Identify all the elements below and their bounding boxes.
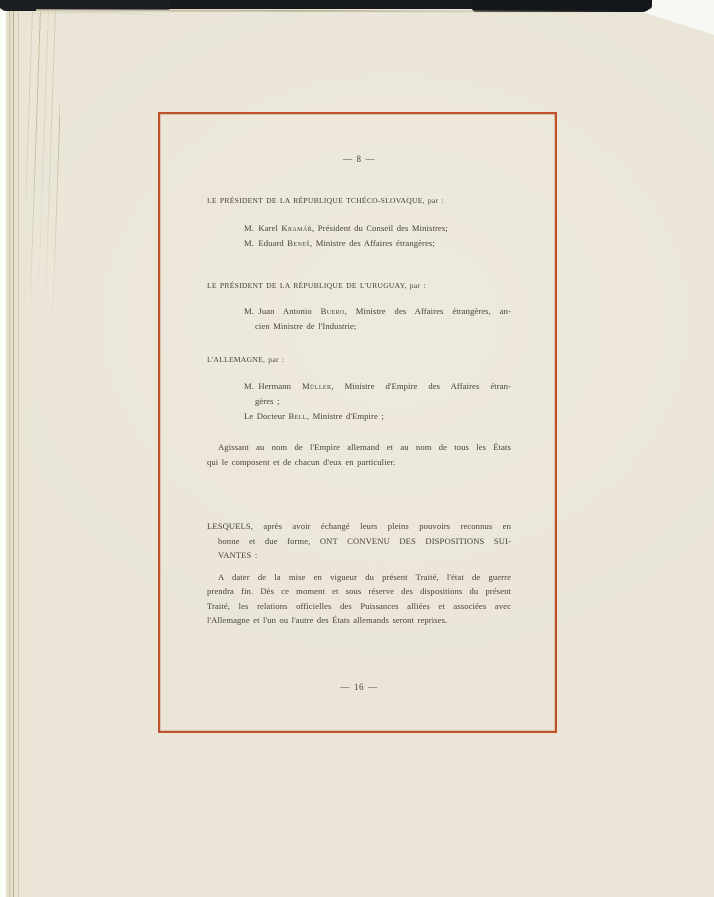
- text-segment: M. Eduard: [244, 238, 287, 248]
- surname-smallcaps: Kramář: [281, 223, 312, 233]
- heading-czechoslovakia: LE PRÉSIDENT DE LA RÉPUBLIQUE TCHÉCO-SLO…: [207, 194, 511, 207]
- paragraph-agissant-line: Agissant au nom de l'Empire allemand et …: [207, 440, 511, 455]
- text-segment: qui le composent et de chacun d'eux en p…: [207, 457, 395, 467]
- page-number-top-line: — 8 —: [207, 152, 511, 166]
- heading-uruguay-line: LE PRÉSIDENT DE LA RÉPUBLIQUE DE L'URUGU…: [207, 279, 511, 292]
- paragraph-lesquels: LESQUELS, après avoir échangé leurs plei…: [207, 519, 511, 563]
- text-segment: LE PRÉSIDENT DE LA RÉPUBLIQUE TCHÉCO-SLO…: [207, 196, 444, 205]
- surname-smallcaps: Müller: [302, 381, 331, 391]
- text-segment: M. Juan Antonio: [244, 306, 321, 316]
- text-segment: LESQUELS, après avoir échangé leurs plei…: [207, 521, 511, 531]
- text-segment: LE PRÉSIDENT DE LA RÉPUBLIQUE DE L'URUGU…: [207, 281, 426, 290]
- paragraph-lesquels-line: VANTES :: [207, 548, 511, 563]
- signatories-germany-line: Le Docteur Bell, Ministre d'Empire ;: [244, 409, 511, 424]
- text-segment: , Ministre d'Empire des Affaires étran-: [331, 381, 511, 391]
- heading-germany-line: L'ALLEMAGNE, par :: [207, 353, 511, 366]
- paragraph-adater-line: Traité, les relations officielles des Pu…: [207, 599, 511, 614]
- paragraph-agissant: Agissant au nom de l'Empire allemand et …: [207, 440, 511, 469]
- signatories-uruguay: M. Juan Antonio Buero, Ministre des Affa…: [207, 304, 511, 334]
- text-segment: M. Hermann: [244, 381, 302, 391]
- text-segment: , Ministre des Affaires étrangères, an-: [345, 306, 511, 316]
- text-segment: M. Karel: [244, 223, 281, 233]
- text-segment: , Ministre des Affaires étrangères;: [310, 238, 435, 248]
- text-segment: Le Docteur: [244, 411, 289, 421]
- text-segment: Agissant au nom de l'Empire allemand et …: [218, 442, 511, 452]
- signatories-czechoslovakia: M. Karel Kramář, Président du Conseil de…: [207, 221, 511, 251]
- heading-uruguay: LE PRÉSIDENT DE LA RÉPUBLIQUE DE L'URUGU…: [207, 279, 511, 292]
- page-number-top: — 8 —: [207, 152, 511, 166]
- surname-smallcaps: Buero: [321, 306, 345, 316]
- page-edges-left: [6, 9, 27, 897]
- page-edges-fan: [26, 9, 60, 339]
- paragraph-adater-line: l'Allemagne et l'un ou l'autre des États…: [207, 613, 511, 628]
- heading-germany: L'ALLEMAGNE, par :: [207, 353, 511, 366]
- paragraph-adater: A dater de la mise en vigueur du présent…: [207, 570, 511, 628]
- page-number-bottom-line: — 16 —: [207, 680, 511, 694]
- heading-czechoslovakia-line: LE PRÉSIDENT DE LA RÉPUBLIQUE TCHÉCO-SLO…: [207, 194, 511, 207]
- page-curl-edge: [10, 12, 160, 22]
- page-content: — 8 —LE PRÉSIDENT DE LA RÉPUBLIQUE TCHÉC…: [160, 114, 555, 731]
- scan-dark-edge: [0, 0, 652, 9]
- signatories-uruguay-line: cien Ministre de l'Industrie;: [244, 319, 511, 334]
- text-segment: — 16 —: [341, 682, 378, 692]
- paragraph-adater-line: prendra fin. Dès ce moment et sous réser…: [207, 584, 511, 599]
- text-segment: VANTES :: [218, 550, 257, 560]
- text-segment: Traité, les relations officielles des Pu…: [207, 601, 511, 611]
- paragraph-adater-line: A dater de la mise en vigueur du présent…: [207, 570, 511, 585]
- text-segment: A dater de la mise en vigueur du présent…: [218, 572, 511, 582]
- signatories-germany-line: M. Hermann Müller, Ministre d'Empire des…: [244, 379, 511, 394]
- text-segment: prendra fin. Dès ce moment et sous réser…: [207, 586, 511, 596]
- text-segment: bonne et due forme, ONT CONVENU DES DISP…: [218, 536, 511, 546]
- text-segment: — 8 —: [343, 154, 375, 164]
- page-number-bottom: — 16 —: [207, 680, 511, 694]
- text-segment: , Ministre d'Empire ;: [307, 411, 384, 421]
- paragraph-agissant-line: qui le composent et de chacun d'eux en p…: [207, 455, 511, 470]
- text-segment: L'ALLEMAGNE, par :: [207, 355, 284, 364]
- signatories-czechoslovakia-line: M. Eduard Beneš, Ministre des Affaires é…: [244, 236, 511, 251]
- ornamental-border-frame: — 8 —LE PRÉSIDENT DE LA RÉPUBLIQUE TCHÉC…: [158, 112, 557, 733]
- surname-smallcaps: Bell: [289, 411, 307, 421]
- signatories-uruguay-line: M. Juan Antonio Buero, Ministre des Affa…: [244, 304, 511, 319]
- surname-smallcaps: Beneš: [287, 238, 310, 248]
- signatories-czechoslovakia-line: M. Karel Kramář, Président du Conseil de…: [244, 221, 511, 236]
- text-segment: cien Ministre de l'Industrie;: [255, 321, 356, 331]
- text-segment: l'Allemagne et l'un ou l'autre des États…: [207, 615, 447, 625]
- book-page: — 8 —LE PRÉSIDENT DE LA RÉPUBLIQUE TCHÉC…: [6, 9, 714, 897]
- paragraph-lesquels-line: bonne et due forme, ONT CONVENU DES DISP…: [207, 534, 511, 549]
- text-segment: , Président du Conseil des Ministres;: [312, 223, 448, 233]
- text-segment: gères ;: [255, 396, 280, 406]
- signatories-germany-line: gères ;: [244, 394, 511, 409]
- signatories-germany: M. Hermann Müller, Ministre d'Empire des…: [207, 379, 511, 424]
- paragraph-lesquels-line: LESQUELS, après avoir échangé leurs plei…: [207, 519, 511, 534]
